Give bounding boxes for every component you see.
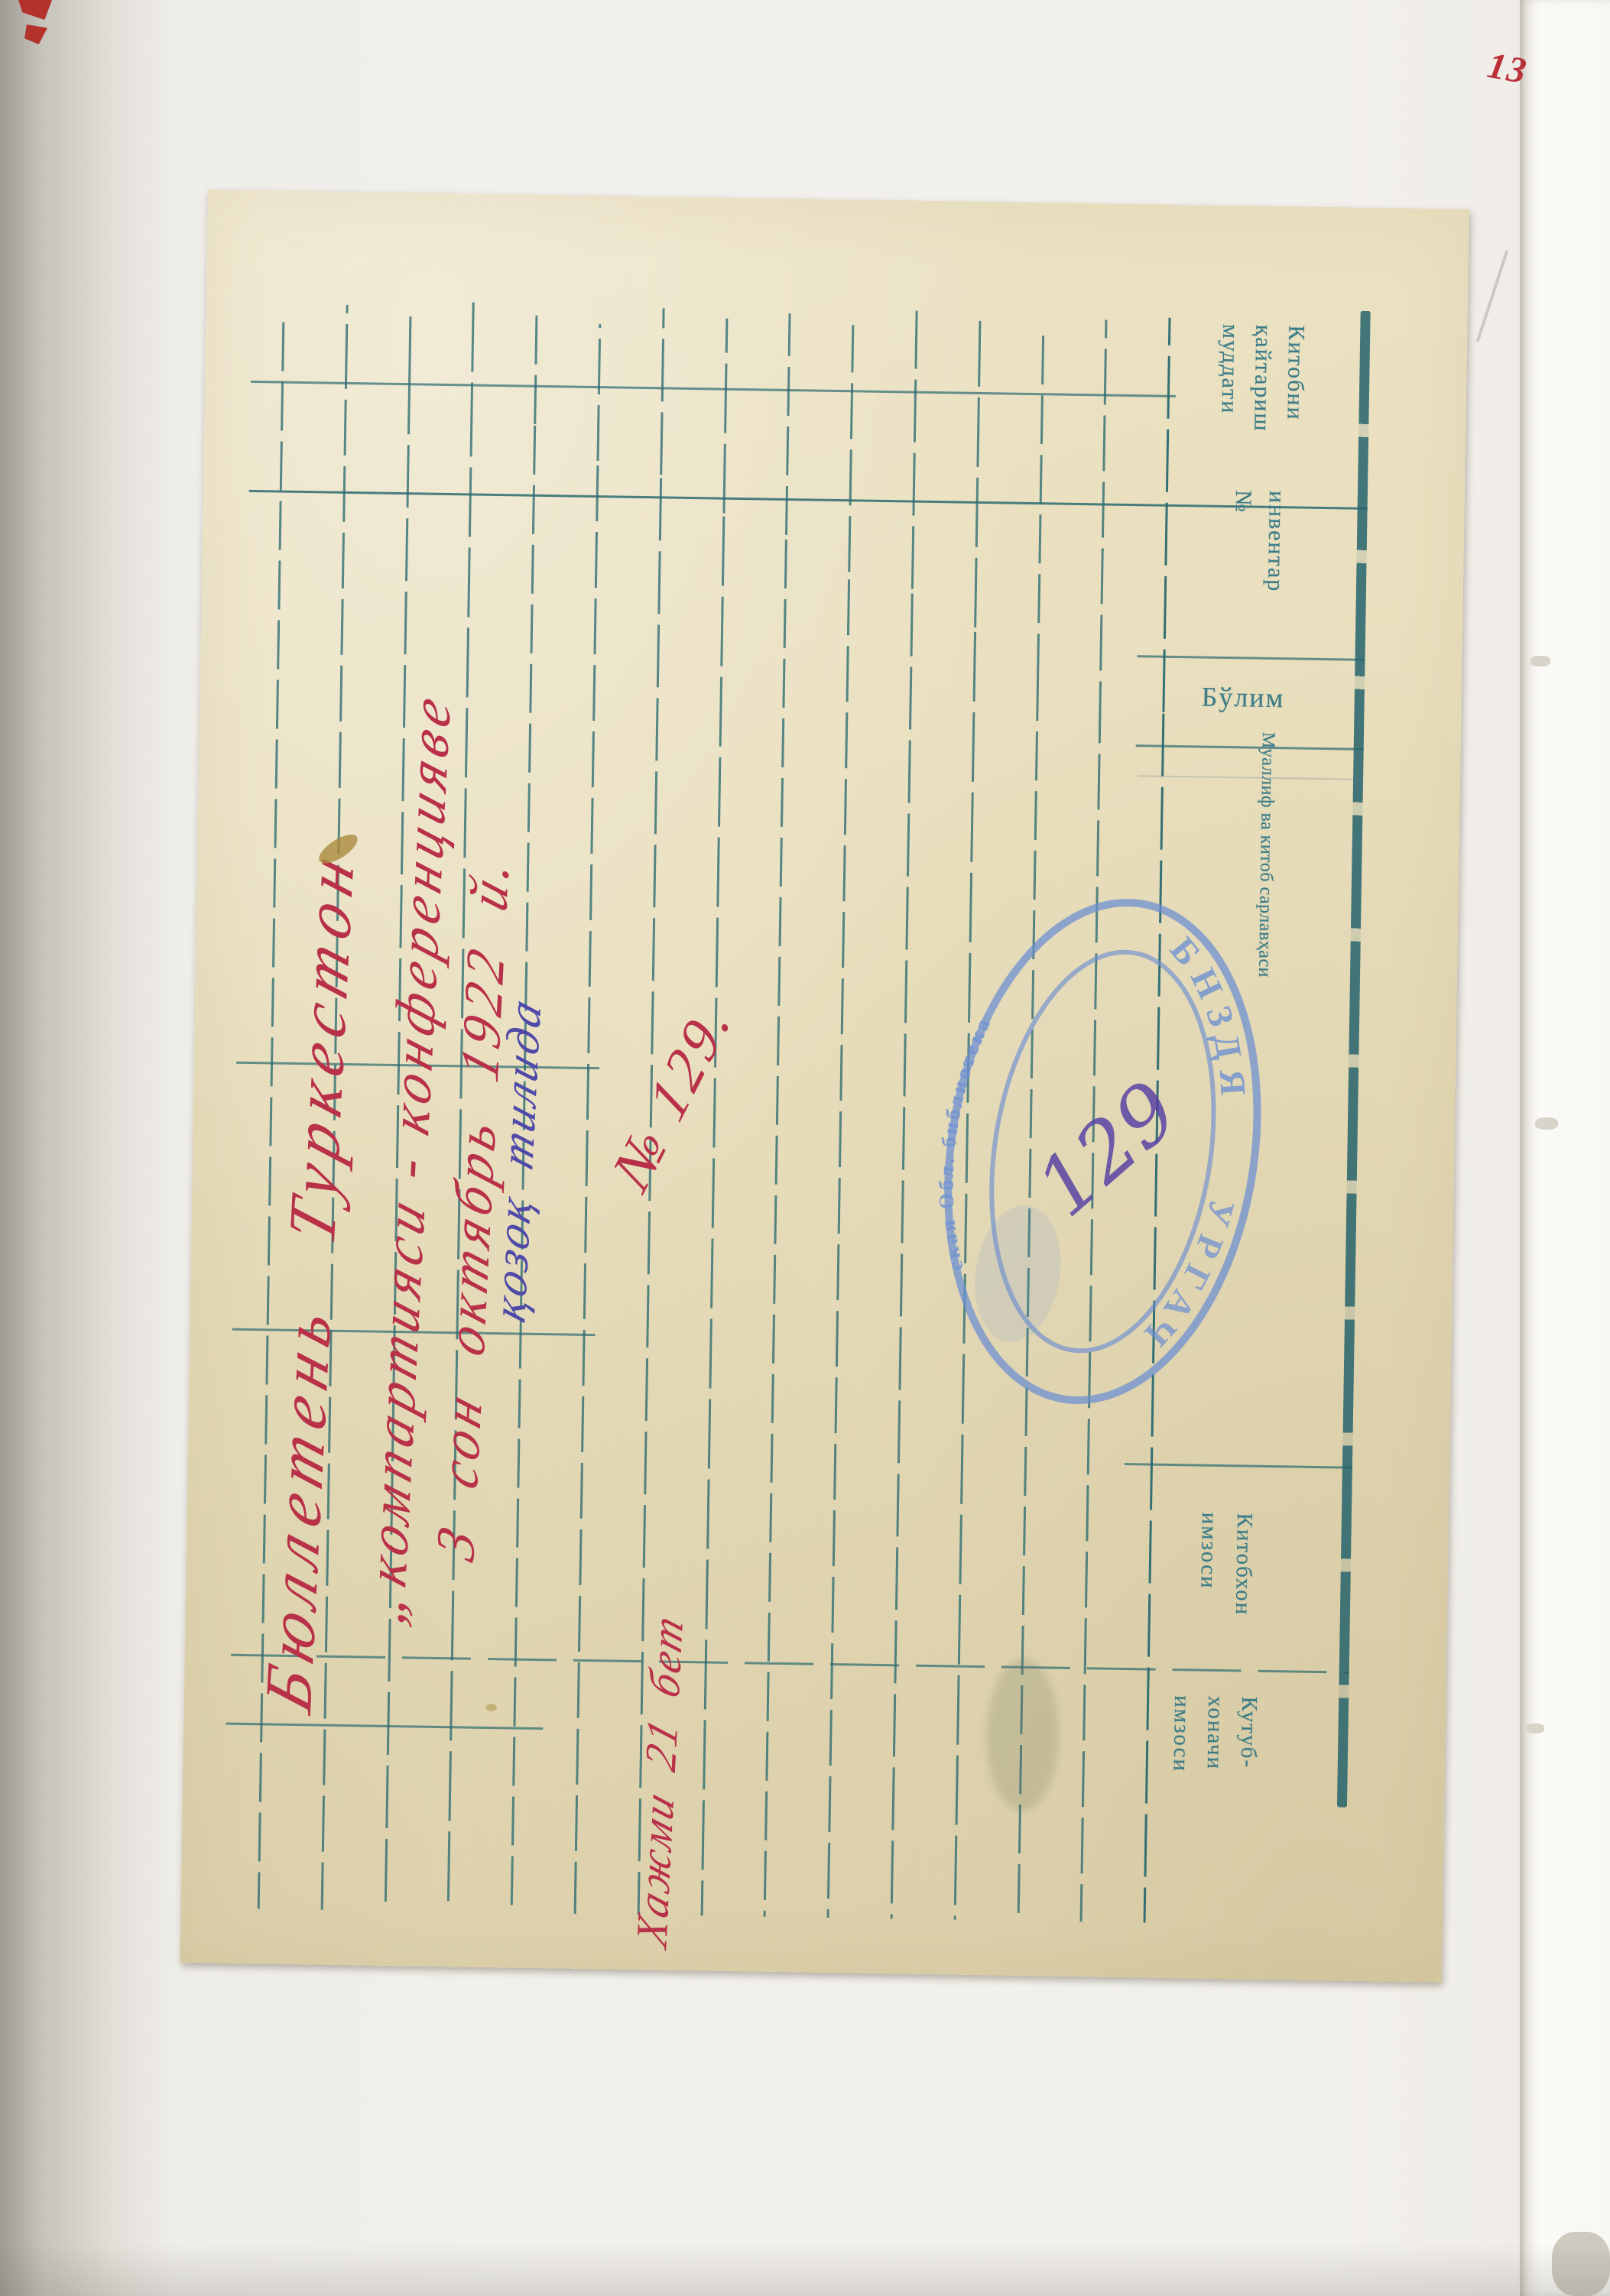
column-header-section: Бўлим: [1201, 680, 1316, 714]
torn-red-bit: [18, 0, 52, 20]
table-border-thick: [1337, 311, 1371, 1808]
library-stamp: ская Обл. библиотека БНЗДЯ УРГАЧ 129: [885, 863, 1321, 1439]
paper-speck: [486, 1704, 497, 1711]
paper-tear: [1530, 656, 1550, 666]
stamp-smudge: [966, 1199, 1070, 1348]
handwritten-language-note: қозоқ тилида: [470, 832, 558, 1308]
table-lines: [208, 190, 1469, 209]
next-page-edge: [1520, 0, 1610, 2296]
paper-tear: [1526, 1724, 1544, 1733]
ink-smudge: [985, 1658, 1060, 1811]
stamp-number: 129: [1019, 1064, 1196, 1235]
paper-tear: [1535, 1117, 1558, 1130]
handwritten-number-note: № 129.: [590, 887, 724, 1157]
catalog-card: Китобни қайтариш муддати инвентар № Бўли…: [180, 190, 1469, 1983]
column-header-return-date: Китобни қайтариш муддати: [1211, 324, 1313, 475]
page-corner-number: 13: [1485, 44, 1531, 92]
paper-tear: [1552, 2232, 1610, 2296]
column-header-inventory-number: инвентар №: [1224, 490, 1294, 634]
handwritten-pages-note: Хажми 21 бет: [607, 1517, 703, 1931]
scanned-page: 13 Китобни қайтариш муддати инвентар № Б…: [0, 0, 1610, 2296]
column-header-librarian-signature: Кутуб- хоначи имзоси: [1161, 1695, 1266, 1800]
torn-red-bit: [24, 24, 47, 44]
column-header-reader-signature: Китобхон имзоси: [1185, 1512, 1262, 1639]
page-crease: [1476, 250, 1508, 342]
